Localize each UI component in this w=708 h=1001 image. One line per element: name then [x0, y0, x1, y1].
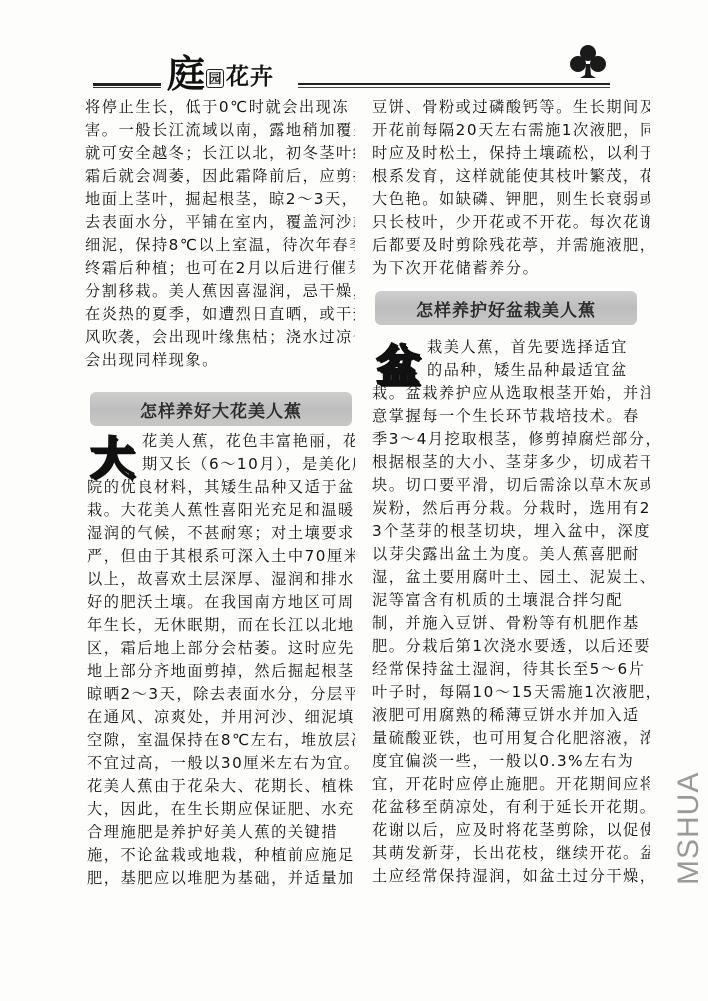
text-line: 在通风、凉爽处，并用河沙、细泥填塞 [87, 706, 355, 729]
text-line: 合理施肥是养护好美人蕉的关键措 [87, 821, 355, 844]
text-line: 土应经常保持湿润，如盆土过分干燥， [372, 865, 650, 888]
text-line: 空隙，室温保持在8℃左右，堆放层次 [87, 729, 355, 752]
text-line: 地上部分齐地面剪掉，然后掘起根茎， [87, 660, 355, 683]
text-line: 去表面水分，平铺在室内，覆盖河沙或 [85, 211, 355, 234]
page-header: 庭 园 花卉 [0, 0, 708, 100]
text-line: 区，霜后地上部分会枯萎。这时应先将 [87, 637, 355, 660]
text-line: 开花前每隔20天左右需施1次液肥，同 [372, 119, 650, 142]
text-line: 只长枝叶，少开花或不开花。每次花谢 [372, 211, 650, 234]
text-line: 豆饼、骨粉或过磷酸钙等。生长期间及 [372, 96, 650, 119]
text-line: 晾晒2～3天，除去表面水分，分层平铺 [87, 683, 355, 706]
left-column-section-text: 花美人蕉，花色丰富艳丽，花 期又长（6～10月），是美化庭 院的优良材料，其矮生… [87, 430, 355, 890]
text-line: 宜，开花时应停止施肥。开花期间应将 [372, 773, 650, 796]
text-line: 好的肥沃土壤。在我国南方地区可周 [87, 591, 355, 614]
section-heading-large-canna: 怎样养好大花美人蕉 [90, 392, 352, 426]
text-line: 3个茎芽的根茎切块，埋入盆中，深度 [372, 520, 650, 543]
header-title-small: 花卉 [226, 62, 274, 92]
text-line: 为下次开花储蓄养分。 [372, 257, 650, 280]
text-line: 终霜后种植；也可在2月以后进行催芽 [85, 257, 355, 280]
text-line: 以上，故喜欢土层深厚、湿润和排水良 [87, 568, 355, 591]
left-column-continued-text: 将停止生长，低于0℃时就会出现冻 害。一般长江流域以南，露地稍加覆盖 就可安全越… [85, 96, 355, 372]
header-title-boxed: 园 [206, 69, 224, 88]
header-rule-right [298, 83, 610, 85]
text-line: 年生长，无休眠期，而在长江以北地 [87, 614, 355, 637]
text-line: 在炎热的夏季，如遭烈日直晒，或干热 [85, 303, 355, 326]
text-line: 经常保持盆土湿润，待其长至5～6片 [372, 658, 650, 681]
text-line: 叶子时，每隔10～15天需施1次液肥， [372, 681, 650, 704]
text-line: 花美人蕉，花色丰富艳丽，花 [87, 430, 355, 453]
text-line: 湿润的气候，不甚耐寒；对土壤要求不 [87, 522, 355, 545]
text-line: 肥，基肥应以堆肥为基础，并适量加入 [87, 867, 355, 890]
text-line: 炭粉，然后再分栽。分栽时，选用有2～ [372, 497, 650, 520]
text-line: 花盆移至荫凉处，有利于延长开花期。 [372, 796, 650, 819]
text-line: 院的优良材料，其矮生品种又适于盆 [87, 476, 355, 499]
text-line: 将停止生长，低于0℃时就会出现冻 [85, 96, 355, 119]
text-line: 严，但由于其根系可深入土中70厘米 [87, 545, 355, 568]
right-column-section-text: 栽美人蕉，首先要选择适宜 的品种，矮生品种最适宜盆 栽。盆栽养护应从选取根茎开始… [372, 336, 650, 888]
text-line: 意掌握每一个生长环节栽培技术。春 [372, 405, 650, 428]
header-title-big: 庭 [167, 54, 204, 94]
right-column-continued-text: 豆饼、骨粉或过磷酸钙等。生长期间及 开花前每隔20天左右需施1次液肥，同 时应及… [372, 96, 650, 280]
text-line: 栽。大花美人蕉性喜阳光充足和温暖 [87, 499, 355, 522]
text-line: 不宜过高，一般以30厘米左右为宜。大 [87, 752, 355, 775]
watermark: MSHUA [672, 855, 708, 885]
header-rule-left-thin [93, 87, 161, 88]
text-line: 分割移栽。美人蕉因喜湿润，忌干燥， [85, 280, 355, 303]
text-line: 期又长（6～10月），是美化庭 [87, 453, 355, 476]
text-line: 霜后就会凋萎，因此霜降前后，应剪掉 [85, 165, 355, 188]
text-line: 季3～4月挖取根茎，修剪掉腐烂部分， [372, 428, 650, 451]
text-line: 根系发育，这样就能使其枝叶繁茂，花 [372, 165, 650, 188]
text-line: 施，不论盆栽或地栽，种植前应施足基 [87, 844, 355, 867]
text-line: 风吹袭，会出现叶缘焦枯；浇水过凉也 [85, 326, 355, 349]
text-line: 液肥可用腐熟的稀薄豆饼水并加入适 [372, 704, 650, 727]
text-line: 时应及时松土，保持土壤疏松，以利于 [372, 142, 650, 165]
text-line: 根据根茎的大小、茎芽多少，切成若干 [372, 451, 650, 474]
text-line: 泥等富含有机质的土壤混合拌匀配 [372, 589, 650, 612]
section-header-title: 庭 园 花卉 [167, 46, 274, 94]
header-rule-left [93, 83, 161, 86]
text-line: 度宜偏淡一些，一般以0.3%左右为 [372, 750, 650, 773]
text-line: 制，并施入豆饼、骨粉等有机肥作基 [372, 612, 650, 635]
header-rule-right-thin [298, 87, 610, 88]
text-line: 大色艳。如缺磷、钾肥，则生长衰弱或 [372, 188, 650, 211]
text-line: 害。一般长江流域以南，露地稍加覆盖 [85, 119, 355, 142]
text-line: 湿，盆土要用腐叶土、园土、泥炭土、山 [372, 566, 650, 589]
text-line: 细泥，保持8℃以上室温，待次年春季 [85, 234, 355, 257]
text-line: 会出现同样现象。 [85, 349, 355, 372]
clover-icon [568, 42, 608, 82]
text-line: 就可安全越冬；长江以北，初冬茎叶经 [85, 142, 355, 165]
section-heading-potted-canna: 怎样养护好盆栽美人蕉 [375, 291, 637, 325]
text-line: 地面上茎叶，掘起根茎，晾2～3天，除 [85, 188, 355, 211]
text-line: 肥。分栽后第1次浇水要透，以后还要 [372, 635, 650, 658]
text-line: 栽美人蕉，首先要选择适宜 [372, 336, 650, 359]
text-line: 栽。盆栽养护应从选取根茎开始，并注 [372, 382, 650, 405]
text-line: 块。切口要平滑，切后需涂以草木灰或 [372, 474, 650, 497]
text-line: 后都要及时剪除残花葶，并需施液肥， [372, 234, 650, 257]
text-line: 的品种，矮生品种最适宜盆 [372, 359, 650, 382]
text-line: 以芽尖露出盆土为度。美人蕉喜肥耐 [372, 543, 650, 566]
text-line: 量硫酸亚铁，也可用复合化肥溶液，浓 [372, 727, 650, 750]
text-line: 花谢以后，应及时将花茎剪除，以促使 [372, 819, 650, 842]
text-line: 其萌发新芽，长出花枝，继续开花。盆 [372, 842, 650, 865]
text-line: 花美人蕉由于花朵大、花期长、植株高 [87, 775, 355, 798]
text-line: 大，因此，在生长期应保证肥、水充足。 [87, 798, 355, 821]
